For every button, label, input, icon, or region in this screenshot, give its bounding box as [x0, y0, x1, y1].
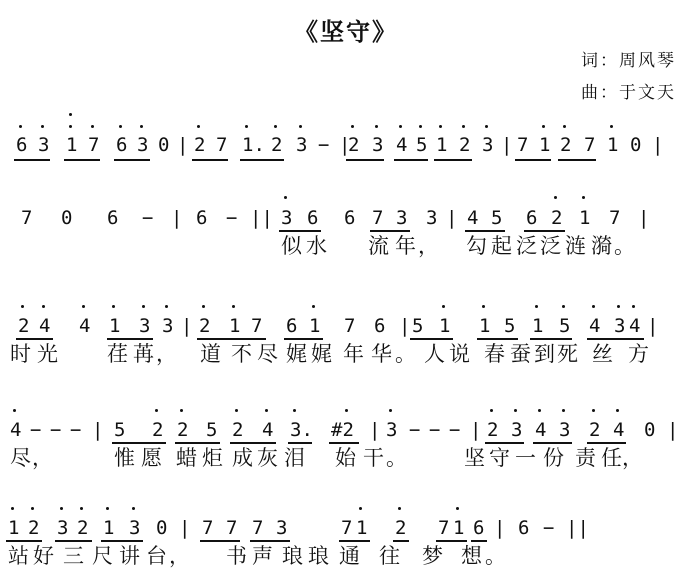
lyric-char: 勾 [466, 234, 487, 258]
lyric-char: 蜡 [176, 446, 197, 470]
octave-dot [563, 125, 566, 128]
lyric-char: 好 [33, 544, 54, 568]
lyric-char: 流 [368, 234, 389, 258]
note: 4 [467, 207, 478, 229]
beam-underline [288, 442, 312, 444]
lyric-char: 华 [371, 342, 392, 366]
lyric-char: 琅 [282, 544, 303, 568]
note: 7 [252, 517, 263, 539]
note: 7 [21, 207, 32, 229]
octave-dot [592, 409, 595, 412]
note: 2 [152, 419, 163, 441]
note: | [181, 315, 192, 337]
octave-dot [69, 125, 72, 128]
octave-dot [293, 409, 296, 412]
beam-underline [530, 338, 572, 340]
note: 2 [589, 419, 600, 441]
note: 2 [199, 315, 210, 337]
note: | [92, 419, 103, 441]
octave-dot [485, 125, 488, 128]
note: 4 [589, 315, 600, 337]
note: 6 [374, 315, 385, 337]
lyric-char: 年 [395, 234, 416, 258]
note: 1 [539, 134, 550, 156]
note: 5 [114, 419, 125, 441]
octave-dot [375, 125, 378, 128]
note: − [318, 134, 329, 156]
beam-underline [55, 540, 92, 542]
note: 3. [290, 419, 313, 441]
note: 4 [613, 419, 624, 441]
note: 1 [532, 315, 543, 337]
note: 2 [395, 517, 406, 539]
lyric-char: 到 [534, 342, 555, 366]
note: || [566, 517, 589, 539]
note: 0 [630, 134, 641, 156]
octave-dot [514, 409, 517, 412]
lyric-char: 任 [601, 446, 622, 470]
octave-dot [42, 305, 45, 308]
beam-underline [558, 159, 596, 161]
octave-dot [284, 196, 287, 199]
note: 7 [344, 315, 355, 337]
beam-underline [14, 159, 50, 161]
note: 2 [348, 134, 359, 156]
beam-underline [279, 230, 321, 232]
note: 0 [61, 207, 72, 229]
note: 5 [491, 207, 502, 229]
octave-dot [562, 305, 565, 308]
octave-dot [202, 305, 205, 308]
lyric-char: 书 [226, 544, 247, 568]
lyric-char: 一 [515, 446, 536, 470]
octave-dot [399, 125, 402, 128]
note: | [494, 517, 505, 539]
lyric-char: 声 [252, 544, 273, 568]
octave-dot [462, 125, 465, 128]
octave-dot [482, 305, 485, 308]
octave-dot [535, 305, 538, 308]
lyric-char: 说 [449, 342, 470, 366]
note: 3 [137, 134, 148, 156]
note: 7 [609, 207, 620, 229]
note: − [30, 419, 41, 441]
lyric-char: 水 [306, 234, 327, 258]
note: 4 [629, 315, 640, 337]
note: 6 [344, 207, 355, 229]
octave-dot [197, 125, 200, 128]
lyric-char: 泪 [284, 446, 305, 470]
octave-dot [60, 507, 63, 510]
note: 1 [356, 517, 367, 539]
beam-underline [339, 540, 370, 542]
octave-dot [91, 125, 94, 128]
note: 5 [504, 315, 515, 337]
lyric-char: ， [169, 544, 190, 568]
beam-underline [533, 442, 572, 444]
beam-underline [485, 442, 524, 444]
lyric-char: 。 [485, 544, 506, 568]
octave-dot [632, 305, 635, 308]
lyric-char: 灰 [257, 446, 278, 470]
lyric-char: ， [32, 446, 53, 470]
note: 1 [66, 134, 77, 156]
note: 2 [459, 134, 470, 156]
octave-dot [245, 125, 248, 128]
lyric-char: 尽 [10, 446, 31, 470]
octave-dot [235, 409, 238, 412]
note: − [226, 207, 237, 229]
note: 6 [196, 207, 207, 229]
beam-underline [587, 338, 644, 340]
song-title: 《坚守》 [0, 12, 692, 47]
beam-underline [192, 159, 228, 161]
note: 1 [8, 517, 19, 539]
note: 1 [479, 315, 490, 337]
lyric-char: 涟 [565, 234, 586, 258]
note: 7 [202, 517, 213, 539]
octave-dot [312, 305, 315, 308]
lyric-char: 光 [37, 342, 58, 366]
lyric-char: 责 [575, 446, 596, 470]
note: 3 [559, 419, 570, 441]
octave-dot [13, 409, 16, 412]
octave-dot [616, 409, 619, 412]
note: − [142, 207, 153, 229]
lyric-char: 讲 [119, 544, 140, 568]
beam-underline [436, 540, 467, 542]
note: 1 [103, 517, 114, 539]
octave-dot [456, 507, 459, 510]
octave-dot [562, 409, 565, 412]
note: 7 [438, 517, 449, 539]
lyric-char: 往 [379, 544, 400, 568]
lyric-char: ， [156, 342, 177, 366]
lyric-char: 死 [557, 342, 578, 366]
octave-dot [31, 507, 34, 510]
note: 2 [551, 207, 562, 229]
note: 7 [341, 517, 352, 539]
note: | [369, 419, 380, 441]
beam-underline [434, 159, 472, 161]
octave-dot [11, 507, 14, 510]
lyric-char: 份 [543, 446, 564, 470]
note: 2 [487, 419, 498, 441]
octave-dot [359, 507, 362, 510]
note: | [446, 207, 457, 229]
lyric-char: 荏 [107, 342, 128, 366]
note: 7 [226, 517, 237, 539]
lyric-char: 娓 [286, 342, 307, 366]
note: 1. [242, 134, 265, 156]
note: 2 [194, 134, 205, 156]
beam-underline [370, 230, 410, 232]
note: 2 [232, 419, 243, 441]
note: 5 [412, 315, 423, 337]
note: 3 [372, 134, 383, 156]
lyric-char: 年 [343, 342, 364, 366]
beam-underline [112, 442, 166, 444]
octave-dot [82, 305, 85, 308]
note: 0 [156, 517, 167, 539]
note: 7 [517, 134, 528, 156]
note: 3 [296, 134, 307, 156]
lyric-char: 方 [628, 342, 649, 366]
beam-underline [114, 159, 150, 161]
octave-dot [41, 125, 44, 128]
note: − [70, 419, 81, 441]
lyric-char: 炬 [202, 446, 223, 470]
note: 4 [535, 419, 546, 441]
lyric-char: 起 [491, 234, 512, 258]
octave-dot [232, 305, 235, 308]
octave-dot [165, 305, 168, 308]
octave-dot [538, 409, 541, 412]
lyric-char: ， [622, 446, 643, 470]
octave-dot [398, 507, 401, 510]
note: 3 [57, 517, 68, 539]
beam-underline [200, 540, 240, 542]
lyric-char: 愿 [141, 446, 162, 470]
beam-underline [329, 442, 359, 444]
note: 3 [426, 207, 437, 229]
note: 4 [10, 419, 21, 441]
lyric-char: 尽 [257, 342, 278, 366]
lyric-char: 坚 [464, 446, 485, 470]
octave-dot [490, 409, 493, 412]
octave-dot [112, 305, 115, 308]
note: − [543, 517, 554, 539]
lyric-char: 守 [489, 446, 510, 470]
note: 3 [139, 315, 150, 337]
octave-dot [351, 125, 354, 128]
note: 1 [229, 315, 240, 337]
lyric-char: 蚕 [510, 342, 531, 366]
note: | [647, 315, 658, 337]
beam-underline [6, 540, 42, 542]
note: 3 [482, 134, 493, 156]
note: 1 [607, 134, 618, 156]
note: | [501, 134, 512, 156]
beam-underline [101, 540, 143, 542]
note: | [652, 134, 663, 156]
note: | [399, 315, 410, 337]
note: − [449, 419, 460, 441]
lyric-char: ， [418, 234, 439, 258]
lyric-char: 。 [614, 234, 635, 258]
lyric-char: 道 [200, 342, 221, 366]
lyric-char: 台 [146, 544, 167, 568]
beam-underline [250, 540, 290, 542]
lyric-char: 惟 [114, 446, 135, 470]
lyric-char: 想 [461, 544, 482, 568]
note: 2 [271, 134, 282, 156]
lyric-char: 。 [395, 342, 416, 366]
note: 5 [206, 419, 217, 441]
note: 1 [309, 315, 320, 337]
note: 4 [262, 419, 273, 441]
note: 6 [518, 517, 529, 539]
lyric-char: 不 [231, 342, 252, 366]
beam-underline [410, 338, 453, 340]
lyric-char: 时 [10, 342, 31, 366]
note: 3 [281, 207, 292, 229]
note: 0 [158, 134, 169, 156]
lyric-char: 梦 [422, 544, 443, 568]
octave-dot [299, 125, 302, 128]
lyric-char: 泛 [540, 234, 561, 258]
note: − [409, 419, 420, 441]
octave-dot [542, 125, 545, 128]
note: 3 [162, 315, 173, 337]
beam-underline [197, 338, 266, 340]
beam-underline [240, 159, 284, 161]
lyric-char: 似 [281, 234, 302, 258]
octave-dot [389, 409, 392, 412]
note: 7 [584, 134, 595, 156]
note: 2 [560, 134, 571, 156]
note: 3 [129, 517, 140, 539]
note: | [179, 517, 190, 539]
octave-dot [119, 125, 122, 128]
lyric-char: 漪 [591, 234, 612, 258]
lyric-char: 通 [339, 544, 360, 568]
octave-dot [106, 507, 109, 510]
note: 1 [436, 134, 447, 156]
octave-dot [419, 125, 422, 128]
note: | [177, 134, 188, 156]
note: 7 [251, 315, 262, 337]
lyric-char: 琅 [308, 544, 329, 568]
note: 7 [88, 134, 99, 156]
note: #2 [331, 419, 354, 441]
note: 4 [79, 315, 90, 337]
beam-underline [515, 159, 551, 161]
note: 1 [453, 517, 464, 539]
note: 6 [116, 134, 127, 156]
octave-dot [80, 507, 83, 510]
note: 1 [109, 315, 120, 337]
note: 1 [439, 315, 450, 337]
lyric-char: 丝 [592, 342, 613, 366]
octave-dot [155, 409, 158, 412]
octave-dot [442, 305, 445, 308]
note: 4 [39, 315, 50, 337]
lyric-char: 娓 [311, 342, 332, 366]
note: 6 [526, 207, 537, 229]
beam-underline [471, 540, 487, 542]
note: − [50, 419, 61, 441]
note: | [667, 419, 678, 441]
octave-dot [617, 305, 620, 308]
beam-underline [175, 442, 220, 444]
octave-dot [439, 125, 442, 128]
note: 6 [286, 315, 297, 337]
note: | [470, 419, 481, 441]
lyricist-credit: 词：周风琴 [581, 46, 676, 71]
octave-dot [180, 409, 183, 412]
note: 6 [16, 134, 27, 156]
octave-dot [19, 125, 22, 128]
lyric-char: 人 [424, 342, 445, 366]
beam-underline [107, 338, 153, 340]
note: 3 [511, 419, 522, 441]
beam-underline [64, 159, 100, 161]
note: | [171, 207, 182, 229]
composer-credit: 曲：于文天 [581, 78, 676, 103]
lyric-char: 苒 [133, 342, 154, 366]
note: 2 [28, 517, 39, 539]
beam-underline [477, 338, 518, 340]
beam-underline [230, 442, 276, 444]
note: 3 [38, 134, 49, 156]
lyric-char: 春 [484, 342, 505, 366]
note: 1 [579, 207, 590, 229]
note: | [638, 207, 649, 229]
lyric-char: 。 [386, 446, 407, 470]
beam-underline [465, 230, 505, 232]
beam-underline [284, 338, 323, 340]
lyric-char: 成 [232, 446, 253, 470]
octave-dot [132, 507, 135, 510]
beam-underline [524, 230, 565, 232]
octave-dot [21, 305, 24, 308]
note: 3 [276, 517, 287, 539]
note: 6 [473, 517, 484, 539]
sheet-music-page: 《坚守》 词：周风琴 曲：于文天 6317630|271.23−|2345123… [0, 0, 692, 579]
lyric-char: 干 [363, 446, 384, 470]
note: 7 [372, 207, 383, 229]
lyric-char: 站 [8, 544, 29, 568]
note: − [429, 419, 440, 441]
note: 5 [416, 134, 427, 156]
note: 6 [307, 207, 318, 229]
note: 7 [216, 134, 227, 156]
beam-underline [393, 540, 409, 542]
note: 3 [396, 207, 407, 229]
beam-underline [346, 159, 384, 161]
note: 0 [644, 419, 655, 441]
lyric-char: 泛 [516, 234, 537, 258]
octave-dot [274, 125, 277, 128]
beam-underline [394, 159, 428, 161]
note: 2 [18, 315, 29, 337]
octave-dot [265, 409, 268, 412]
octave-dot [345, 409, 348, 412]
lyric-char: 始 [335, 446, 356, 470]
note: 3 [614, 315, 625, 337]
note: 3 [386, 419, 397, 441]
lyric-char: 三 [63, 544, 84, 568]
octave-dot [140, 125, 143, 128]
note: 5 [559, 315, 570, 337]
beam-underline [16, 338, 53, 340]
octave-dot [69, 113, 72, 116]
octave-dot [610, 125, 613, 128]
note: 2 [177, 419, 188, 441]
beam-underline [587, 442, 626, 444]
note: 4 [396, 134, 407, 156]
octave-dot [582, 196, 585, 199]
octave-dot [592, 305, 595, 308]
lyric-char: 尺 [92, 544, 113, 568]
note: 6 [107, 207, 118, 229]
note: || [250, 207, 273, 229]
octave-dot [142, 305, 145, 308]
note: 2 [77, 517, 88, 539]
octave-dot [554, 196, 557, 199]
